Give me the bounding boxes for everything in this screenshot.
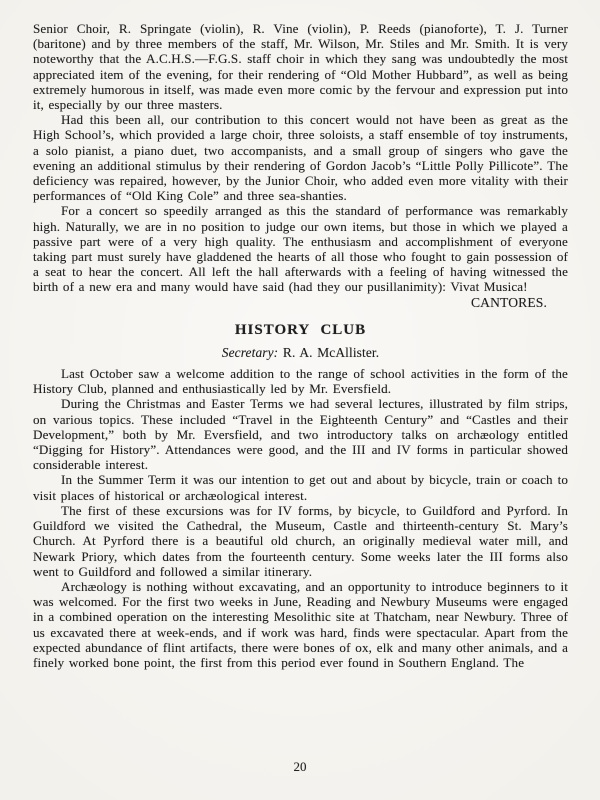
secretary-line: Secretary: R. A. McAllister. [33,345,568,360]
page-number: 20 [0,759,600,775]
history-club-section: HISTORY CLUB Secretary: R. A. McAllister… [33,322,568,670]
paragraph-last-october: Last October saw a welcome addition to t… [33,366,568,396]
magazine-page: Senior Choir, R. Springate (violin), R. … [0,0,600,800]
paragraph-lectures: During the Christmas and Easter Terms we… [33,396,568,472]
secretary-name: R. A. McAllister. [283,345,379,360]
paragraph-summer-term: In the Summer Term it was our intention … [33,472,568,502]
paragraph-senior-choir: Senior Choir, R. Springate (violin), R. … [33,21,568,112]
paragraph-archaeology: Archæology is nothing without excavating… [33,579,568,670]
signature-cantores: CANTORES. [33,295,568,310]
secretary-label: Secretary: [222,345,278,360]
paragraph-high-school-contribution: Had this been all, our contribution to t… [33,112,568,203]
paragraph-concert-standard: For a concert so speedily arranged as th… [33,203,568,294]
section-heading-history-club: HISTORY CLUB [33,322,568,339]
cantores-report-continuation: Senior Choir, R. Springate (violin), R. … [33,21,568,310]
paragraph-excursions: The first of these excursions was for IV… [33,503,568,579]
